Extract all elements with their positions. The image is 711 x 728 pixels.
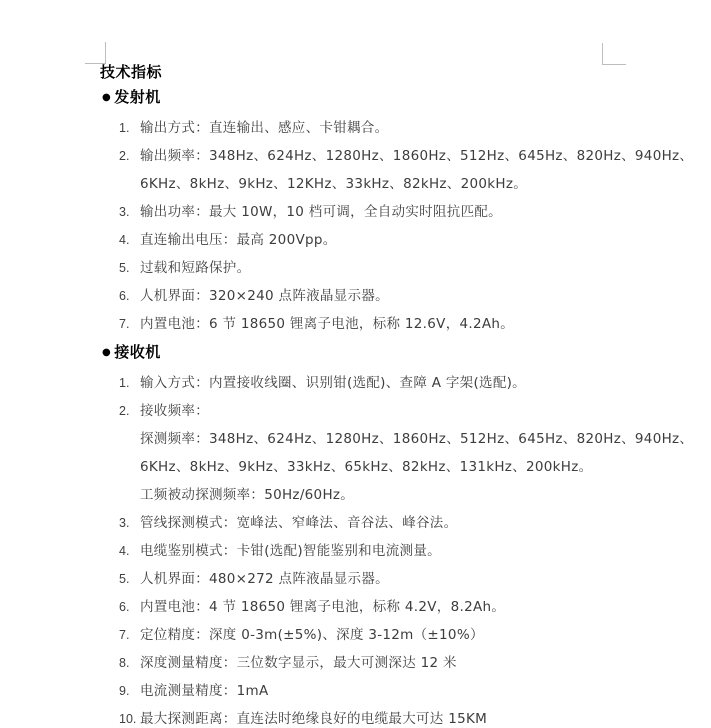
item-number: 4.: [119, 226, 129, 254]
spec-item: 2. 接收频率： 探测频率：348Hz、624Hz、1280Hz、1860Hz、…: [100, 397, 660, 509]
page-title: 技术指标: [100, 61, 660, 83]
section-heading: ●发射机: [100, 83, 660, 114]
spec-item: 5. 过载和短路保护。: [100, 254, 660, 282]
spec-line: 直连输出电压：最高 200Vpp。: [140, 226, 660, 254]
spec-item: 4. 电缆鉴别模式：卡钳(选配)智能鉴别和电流测量。: [100, 537, 660, 565]
sections-container: ●发射机 1. 输出方式：直连输出、感应、卡钳耦合。 2. 输出频率：348Hz…: [100, 83, 660, 728]
section-heading-label: 发射机: [114, 88, 161, 106]
spec-line: 6KHz、8kHz、9kHz、33kHz、65kHz、82kHz、131kHz、…: [140, 453, 660, 481]
spec-item: 4. 直连输出电压：最高 200Vpp。: [100, 226, 660, 254]
item-number: 2.: [119, 142, 129, 170]
item-number: 1.: [119, 114, 129, 142]
spec-item: 1. 输出方式：直连输出、感应、卡钳耦合。: [100, 114, 660, 142]
spec-item: 5. 人机界面：480×272 点阵液晶显示器。: [100, 565, 660, 593]
spec-line: 深度测量精度：三位数字显示，最大可测深达 12 米: [140, 649, 660, 677]
item-number: 3.: [119, 509, 129, 537]
item-number: 6.: [119, 282, 129, 310]
spec-line: 人机界面：320×240 点阵液晶显示器。: [140, 282, 660, 310]
spec-section: ●发射机 1. 输出方式：直连输出、感应、卡钳耦合。 2. 输出频率：348Hz…: [100, 83, 660, 338]
spec-line: 探测频率：348Hz、624Hz、1280Hz、1860Hz、512Hz、645…: [140, 425, 660, 453]
spec-line: 输出功率：最大 10W，10 档可调，全自动实时阻抗匹配。: [140, 198, 660, 226]
spec-item: 9. 电流测量精度：1mA: [100, 677, 660, 705]
spec-line: 输入方式：内置接收线圈、识别钳(选配)、查障 A 字架(选配)。: [140, 369, 660, 397]
section-heading: ●接收机: [100, 338, 660, 369]
spec-line: 6KHz、8kHz、9kHz、12KHz、33kHz、82kHz、200kHz。: [140, 170, 660, 198]
spec-item: 2. 输出频率：348Hz、624Hz、1280Hz、1860Hz、512Hz、…: [100, 142, 660, 198]
item-number: 1.: [119, 369, 129, 397]
spec-item: 1. 输入方式：内置接收线圈、识别钳(选配)、查障 A 字架(选配)。: [100, 369, 660, 397]
spec-line: 输出方式：直连输出、感应、卡钳耦合。: [140, 114, 660, 142]
spec-item: 6. 内置电池：4 节 18650 锂离子电池，标称 4.2V，8.2Ah。: [100, 593, 660, 621]
document-page: 技术指标 ●发射机 1. 输出方式：直连输出、感应、卡钳耦合。 2. 输出频率：…: [0, 0, 711, 728]
item-number: 6.: [119, 593, 129, 621]
item-number: 7.: [119, 621, 129, 649]
spec-line: 输出频率：348Hz、624Hz、1280Hz、1860Hz、512Hz、645…: [140, 142, 660, 170]
spec-item: 8. 深度测量精度：三位数字显示，最大可测深达 12 米: [100, 649, 660, 677]
bullet-icon: ●: [102, 339, 111, 367]
spec-section: ●接收机 1. 输入方式：内置接收线圈、识别钳(选配)、查障 A 字架(选配)。…: [100, 338, 660, 728]
item-number: 3.: [119, 198, 129, 226]
spec-line: 最大探测距离：直连法时绝缘良好的电缆最大可达 15KM: [140, 705, 660, 728]
spec-line: 人机界面：480×272 点阵液晶显示器。: [140, 565, 660, 593]
item-number: 5.: [119, 565, 129, 593]
item-number: 8.: [119, 649, 129, 677]
spec-line: 电流测量精度：1mA: [140, 677, 660, 705]
section-heading-label: 接收机: [114, 343, 161, 361]
item-number: 4.: [119, 537, 129, 565]
item-number: 5.: [119, 254, 129, 282]
item-number: 7.: [119, 310, 129, 338]
spec-item: 3. 管线探测模式：宽峰法、窄峰法、音谷法、峰谷法。: [100, 509, 660, 537]
spec-item: 7. 内置电池：6 节 18650 锂离子电池，标称 12.6V，4.2Ah。: [100, 310, 660, 338]
spec-items: 1. 输入方式：内置接收线圈、识别钳(选配)、查障 A 字架(选配)。 2. 接…: [100, 369, 660, 728]
bullet-icon: ●: [102, 84, 111, 112]
spec-item: 10. 最大探测距离：直连法时绝缘良好的电缆最大可达 15KM: [100, 705, 660, 728]
spec-item: 3. 输出功率：最大 10W，10 档可调，全自动实时阻抗匹配。: [100, 198, 660, 226]
spec-line: 内置电池：6 节 18650 锂离子电池，标称 12.6V，4.2Ah。: [140, 310, 660, 338]
spec-line: 管线探测模式：宽峰法、窄峰法、音谷法、峰谷法。: [140, 509, 660, 537]
spec-item: 6. 人机界面：320×240 点阵液晶显示器。: [100, 282, 660, 310]
spec-line: 电缆鉴别模式：卡钳(选配)智能鉴别和电流测量。: [140, 537, 660, 565]
item-number: 10.: [119, 705, 136, 728]
spec-line: 过载和短路保护。: [140, 254, 660, 282]
spec-line: 工频被动探测频率：50Hz/60Hz。: [140, 481, 660, 509]
item-number: 9.: [119, 677, 129, 705]
spec-line: 定位精度：深度 0-3m(±5%)、深度 3-12m（±10%）: [140, 621, 660, 649]
spec-items: 1. 输出方式：直连输出、感应、卡钳耦合。 2. 输出频率：348Hz、624H…: [100, 114, 660, 338]
spec-item: 7. 定位精度：深度 0-3m(±5%)、深度 3-12m（±10%）: [100, 621, 660, 649]
item-number: 2.: [119, 397, 129, 425]
spec-line: 接收频率：: [140, 397, 660, 425]
spec-line: 内置电池：4 节 18650 锂离子电池，标称 4.2V，8.2Ah。: [140, 593, 660, 621]
document-body: 技术指标 ●发射机 1. 输出方式：直连输出、感应、卡钳耦合。 2. 输出频率：…: [100, 61, 660, 728]
